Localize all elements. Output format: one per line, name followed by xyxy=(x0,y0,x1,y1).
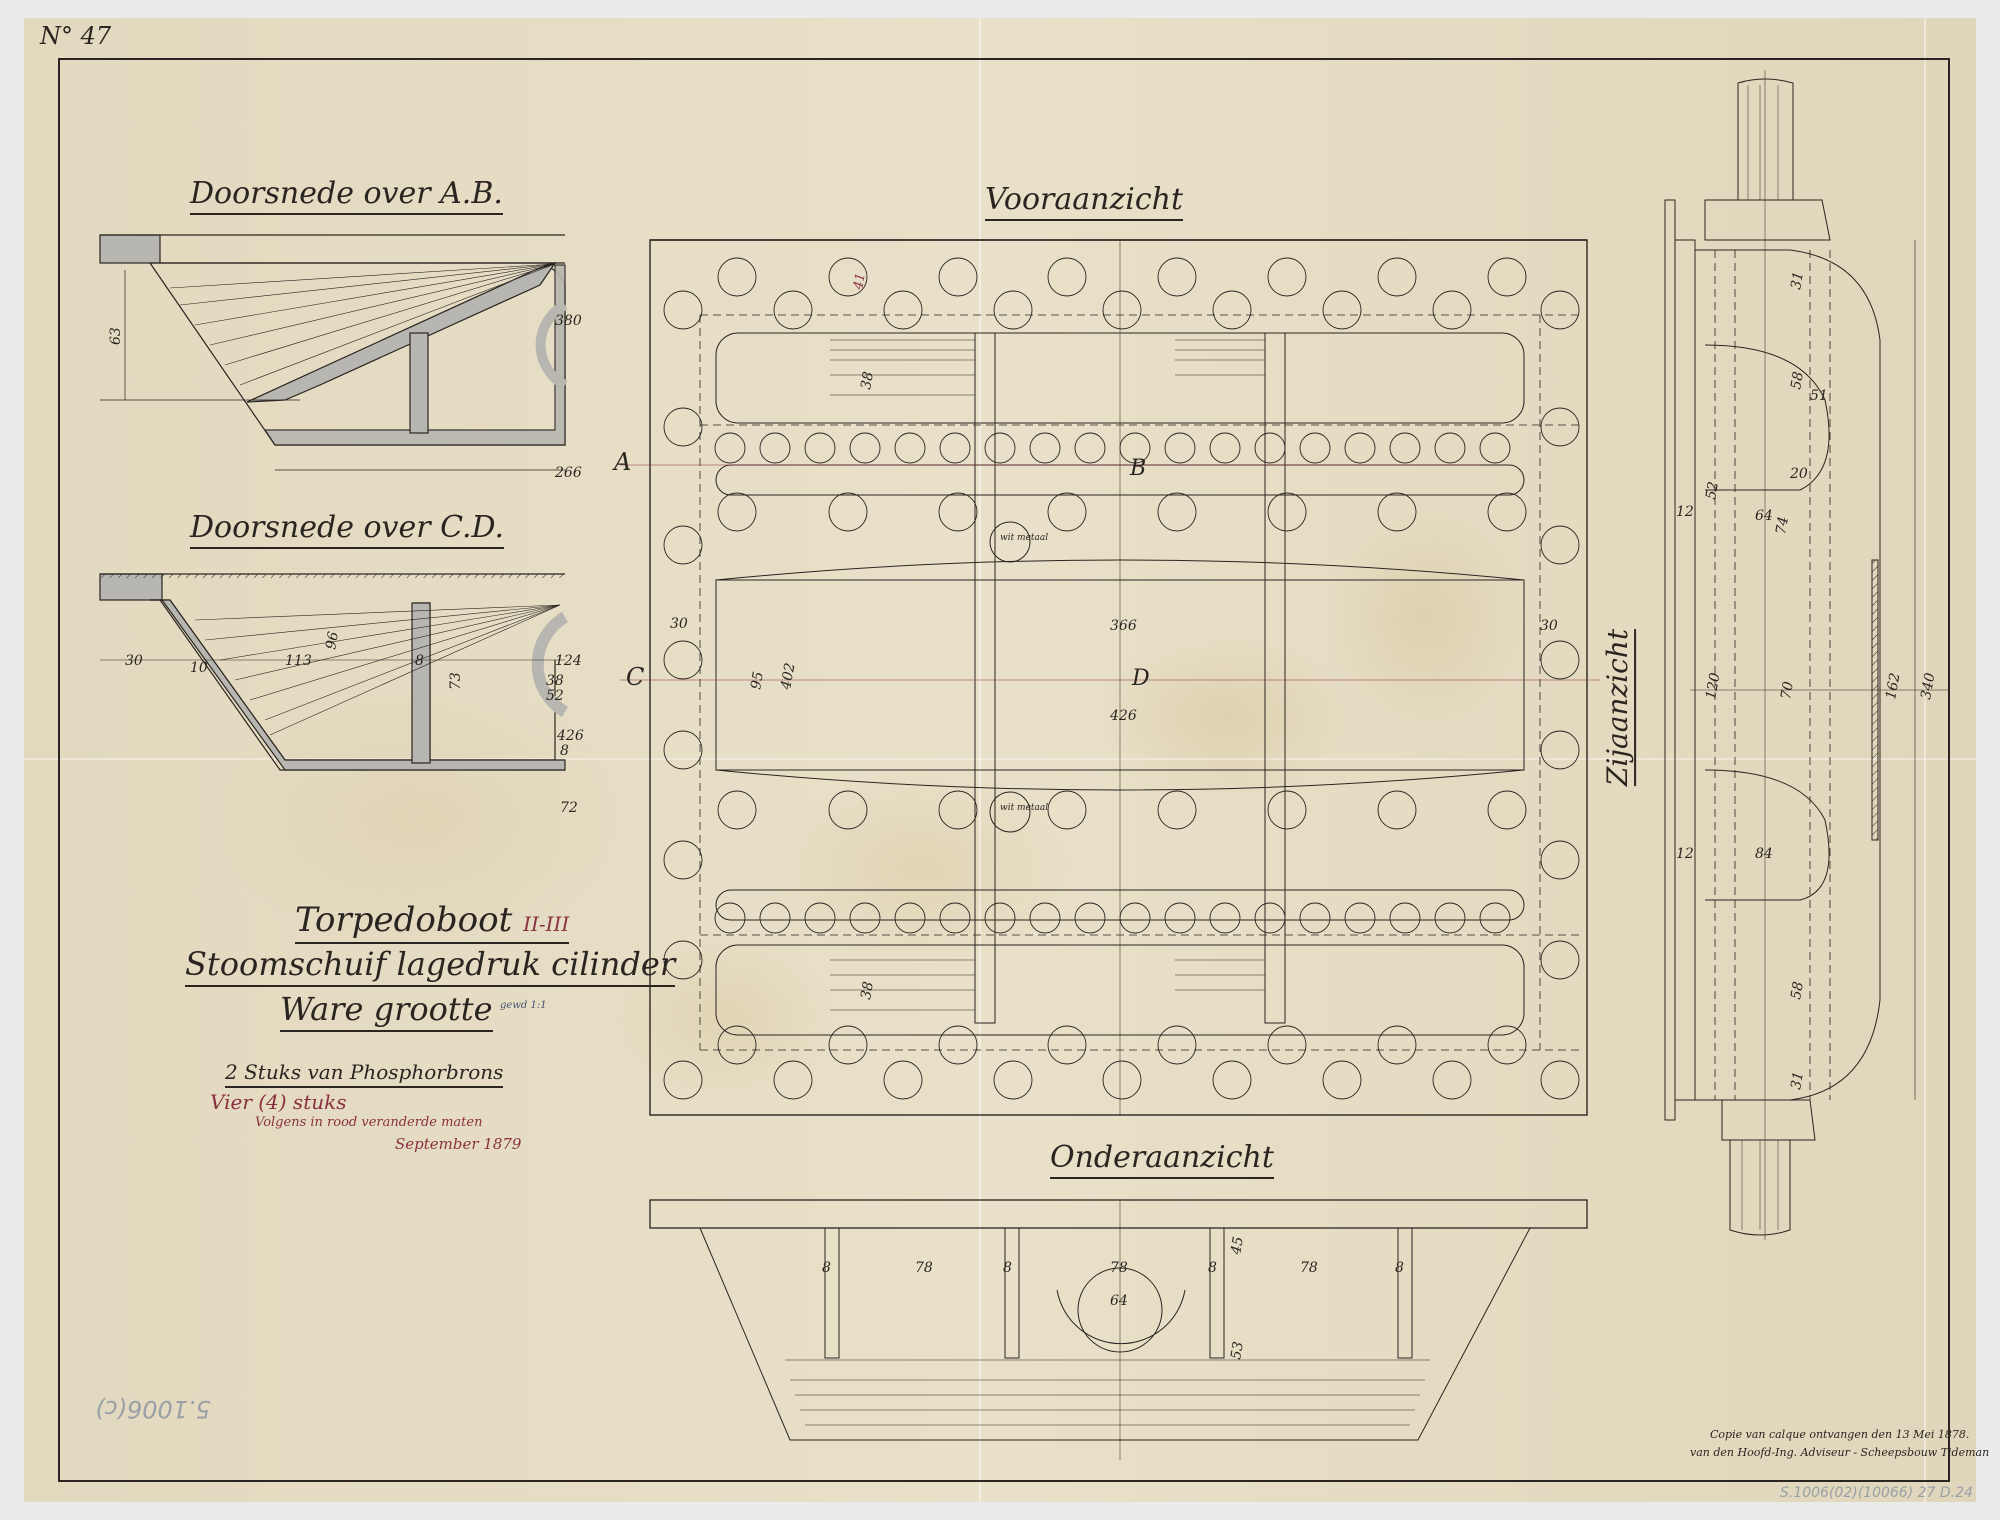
dim-64: 64 xyxy=(1110,1293,1128,1309)
dim-52: 52 xyxy=(1703,480,1722,500)
dim-38b: 38 xyxy=(858,980,877,1000)
dim-78-2: 78 xyxy=(1110,1260,1128,1276)
dim-74: 74 xyxy=(1773,515,1792,535)
front-view-drawing xyxy=(620,240,1600,1115)
dim-266: 266 xyxy=(554,465,582,481)
dim-84: 84 xyxy=(1755,846,1773,862)
dim-10: 10 xyxy=(190,660,208,676)
label-c: C xyxy=(626,663,644,691)
label-d: D xyxy=(1131,666,1150,691)
dim-426-front: 426 xyxy=(1109,708,1137,724)
dim-78-1: 78 xyxy=(915,1260,933,1276)
label-a: A xyxy=(612,448,631,476)
dim-30-right: 30 xyxy=(1540,618,1558,634)
dim-53: 53 xyxy=(1228,1340,1247,1360)
dim-64-side: 64 xyxy=(1755,508,1773,524)
dim-380: 380 xyxy=(555,313,582,329)
dim-12-lower: 12 xyxy=(1676,846,1694,862)
dim-8-rib-2: 8 xyxy=(1003,1260,1012,1276)
section-ab-drawing xyxy=(100,235,565,470)
dim-124: 124 xyxy=(555,653,582,669)
dim-63: 63 xyxy=(108,327,124,345)
dim-45: 45 xyxy=(1228,1235,1247,1256)
dim-8b: 8 xyxy=(560,743,569,759)
technical-drawing: 63 380 266 30 10 113 96 8 73 124 38 52 4… xyxy=(0,0,2000,1520)
note-white-metal-1: wit metaal xyxy=(1000,533,1048,543)
dim-8-rib-1: 8 xyxy=(822,1260,831,1276)
dim-58-bottom: 58 xyxy=(1788,980,1807,1000)
dim-38: 38 xyxy=(546,673,564,689)
dim-30-left: 30 xyxy=(670,616,688,632)
dim-162: 162 xyxy=(1883,672,1903,701)
dim-52: 52 xyxy=(546,688,564,704)
bottom-view-drawing xyxy=(650,1200,1587,1460)
dim-73: 73 xyxy=(448,672,464,690)
dim-96: 96 xyxy=(323,630,342,650)
dim-78-3: 78 xyxy=(1300,1260,1318,1276)
side-view-drawing xyxy=(1665,70,1950,1240)
dim-30: 30 xyxy=(125,653,143,669)
dim-113: 113 xyxy=(285,653,312,669)
dim-8: 8 xyxy=(415,653,424,669)
dim-95: 95 xyxy=(748,670,767,690)
dim-8-rib-4: 8 xyxy=(1395,1260,1404,1276)
dim-366: 366 xyxy=(1110,618,1137,634)
dim-41-red: 41 xyxy=(851,272,869,292)
note-white-metal-2: wit metaal xyxy=(1000,803,1048,813)
dim-20: 20 xyxy=(1789,466,1808,482)
dim-426: 426 xyxy=(556,728,584,744)
dim-38: 38 xyxy=(858,370,877,390)
dim-340: 340 xyxy=(1918,672,1938,701)
dim-70: 70 xyxy=(1778,680,1797,700)
dim-402: 402 xyxy=(778,662,799,692)
dim-8-rib-3: 8 xyxy=(1208,1260,1217,1276)
dim-72: 72 xyxy=(560,800,578,816)
label-b: B xyxy=(1129,456,1146,481)
dim-31-top: 31 xyxy=(1788,270,1807,290)
section-cd-drawing xyxy=(100,574,565,770)
dim-31-bottom: 31 xyxy=(1788,1070,1807,1090)
dim-12: 12 xyxy=(1676,504,1694,520)
dim-120: 120 xyxy=(1703,672,1723,701)
dim-51: 51 xyxy=(1810,388,1828,404)
dim-58-top: 58 xyxy=(1788,370,1807,390)
